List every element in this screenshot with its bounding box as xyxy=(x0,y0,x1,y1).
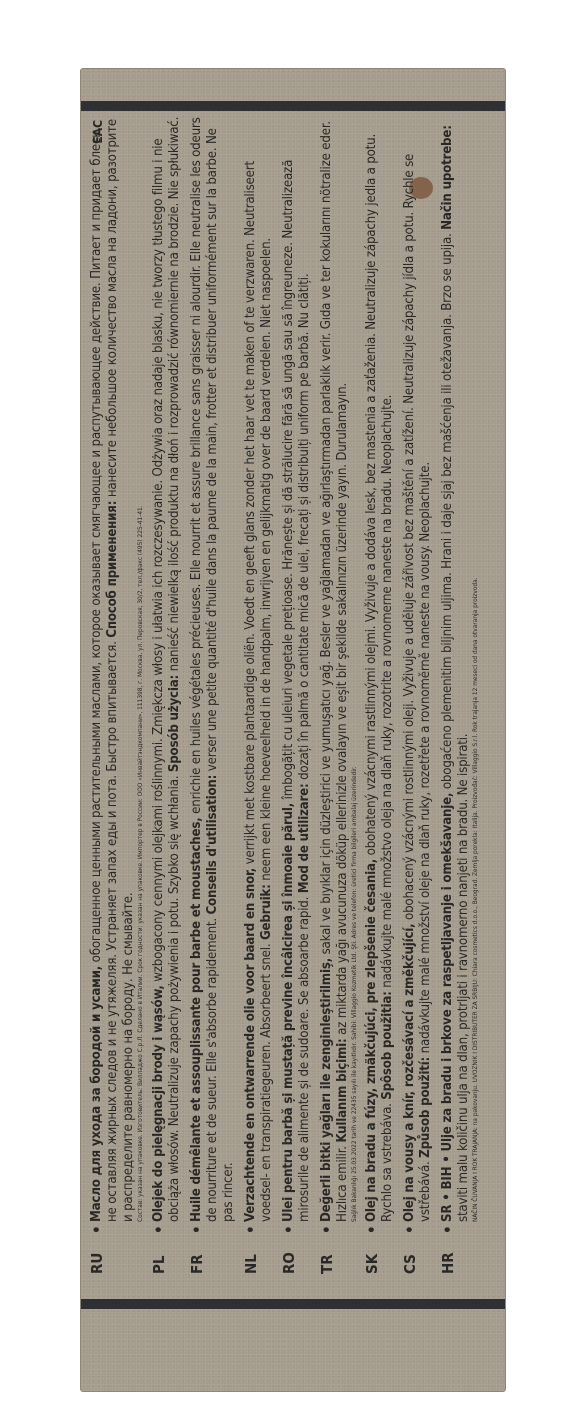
top-band xyxy=(81,101,505,111)
entry-text: SR • BIH • Ulje za bradu i brkove za ras… xyxy=(440,114,480,1222)
product-box-panel: EAC RU•Масло для ухода за бородой и усам… xyxy=(80,68,506,1392)
language-entry-cs: CS•Olej na vousy a knír, rozčesávací a z… xyxy=(402,114,434,1274)
language-code: TR xyxy=(319,1234,336,1274)
entry-title: Olej na vousy a knír, rozčesávací a změk… xyxy=(402,924,417,1222)
language-code: CS xyxy=(402,1234,419,1274)
bullet-dot: • xyxy=(319,1222,336,1234)
multilingual-text-block: EAC RU•Масло для ухода за бородой и усам… xyxy=(89,114,494,1274)
entry-text: Ulei pentru barbă și mustață previne înc… xyxy=(281,114,313,1222)
entry-text: Масло для ухода за бородой и усами, обог… xyxy=(89,114,145,1222)
entry-title: SR • BIH • Ulje za bradu i brkove za ras… xyxy=(440,793,455,1222)
bullet-dot: • xyxy=(402,1222,419,1234)
entry-title: Olej na bradu a fúzy, zmäkčujúci, pre zl… xyxy=(364,859,379,1222)
bullet-dot: • xyxy=(151,1222,168,1234)
language-entry-sk: SK•Olej na bradu a fúzy, zmäkčujúci, pre… xyxy=(364,114,396,1274)
entry-text: Verzachtende en ontwarrende olie voor ba… xyxy=(243,114,275,1222)
entry-title: Масло для ухода за бородой и усами, xyxy=(89,966,104,1222)
eac-mark: EAC xyxy=(91,120,105,144)
entry-text: Değerli bitki yağları ile zenginleştiril… xyxy=(319,114,359,1222)
fine-print: Состав: указан на упаковке. Изготовитель… xyxy=(137,114,145,1222)
language-code: RO xyxy=(281,1234,298,1274)
bullet-dot: • xyxy=(440,1222,457,1234)
entry-text: Olej na bradu a fúzy, zmäkčujúci, pre zl… xyxy=(364,114,396,1222)
bullet-dot: • xyxy=(189,1222,206,1234)
fine-print: NAČIN ČUVANJA I ROK TRAJANJA: na pakovan… xyxy=(472,114,480,1222)
usage-label: Способ применения: xyxy=(105,501,120,638)
entry-title: Olejek do pielęgnacji brody i wąsów, xyxy=(151,985,166,1222)
language-entry-fr: FR•Huile démêlante et assouplissante pou… xyxy=(189,114,237,1274)
language-entry-ro: RO•Ulei pentru barbă și mustață previne … xyxy=(281,114,313,1274)
language-code: FR xyxy=(189,1234,206,1274)
language-entry-sr-bih: HR•SR • BIH • Ulje za bradu i brkove za … xyxy=(440,114,480,1274)
usage-label: Způsob použití: xyxy=(418,1057,433,1158)
language-entries: RU•Масло для ухода за бородой и усами, о… xyxy=(89,114,480,1274)
language-code: NL xyxy=(243,1234,260,1274)
usage-label: Način upotrebe: xyxy=(440,125,455,230)
language-entry-pl: PL•Olejek do pielęgnacji brody i wąsów, … xyxy=(151,114,183,1274)
entry-text: Huile démêlante et assouplissante pour b… xyxy=(189,114,237,1222)
bullet-dot: • xyxy=(243,1222,260,1234)
bullet-dot: • xyxy=(364,1222,381,1234)
usage-label: Mod de utilizare: xyxy=(297,784,312,894)
bottom-band xyxy=(81,1299,505,1309)
usage-label: Spôsob použitia: xyxy=(380,991,395,1099)
language-code: PL xyxy=(151,1234,168,1274)
language-entry-ru: RU•Масло для ухода за бородой и усами, о… xyxy=(89,114,145,1274)
entry-title: Değerli bitki yağları ile zenginleştiril… xyxy=(319,958,334,1222)
entry-title: Verzachtende en ontwarrende olie voor ba… xyxy=(243,868,258,1222)
language-entry-tr: TR•Değerli bitki yağları ile zenginleşti… xyxy=(319,114,359,1274)
language-code: SK xyxy=(364,1234,381,1274)
usage-label: Kullanım biçimi: xyxy=(335,1038,350,1142)
usage-label: Sposób użycia: xyxy=(167,675,182,772)
language-code: RU xyxy=(89,1234,106,1274)
fine-print: Sağlık Bakanlığı 25.03.2022 tarih ve 224… xyxy=(351,114,359,1222)
entry-title: Ulei pentru barbă și mustață previne înc… xyxy=(281,803,296,1222)
language-code: HR xyxy=(440,1234,457,1274)
bullet-dot: • xyxy=(89,1222,106,1234)
language-entry-nl: NL•Verzachtende en ontwarrende olie voor… xyxy=(243,114,275,1274)
entry-title: Huile démêlante et assouplissante pour b… xyxy=(189,817,204,1222)
bullet-dot: • xyxy=(281,1222,298,1234)
usage-label: Gebruik: xyxy=(259,884,274,940)
entry-text: Olej na vousy a knír, rozčesávací a změk… xyxy=(402,114,434,1222)
entry-text: Olejek do pielęgnacji brody i wąsów, wzb… xyxy=(151,114,183,1222)
usage-label: Conseils d'utilisation: xyxy=(205,775,220,915)
